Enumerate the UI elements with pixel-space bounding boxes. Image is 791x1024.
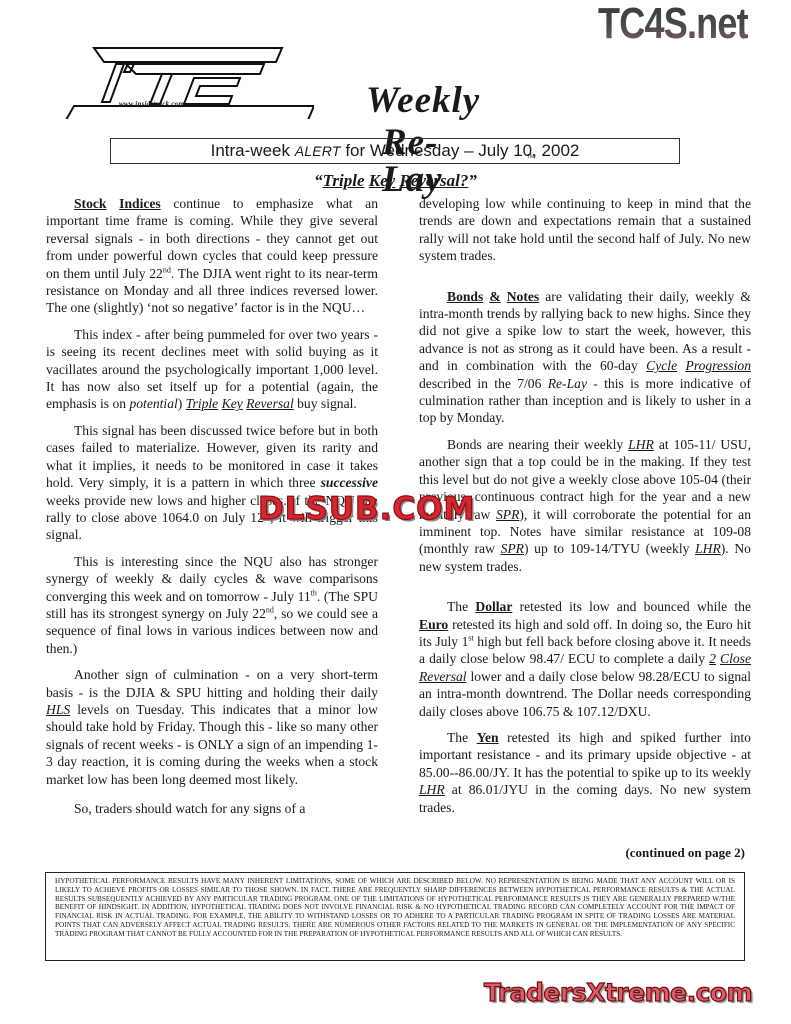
term-link-cycle[interactable]: Cycle [646, 358, 677, 373]
paragraph-synergy: This is interesting since the NQU also h… [46, 553, 378, 657]
watermark-tc4s: TC4S.net [598, 2, 748, 46]
paragraph-dollar-euro: The Dollar retested its low and bounced … [419, 598, 751, 720]
watermark-tradersxtreme: TradersXtreme.com [484, 980, 752, 1005]
text: So, traders should watch for any signs o… [74, 801, 305, 816]
logo-url-text: www.insidetrack.com [119, 100, 184, 108]
section-lead-euro: Euro [419, 617, 448, 632]
continued-on-page-2-link[interactable]: (continued on page 2) [625, 845, 745, 861]
watermark-dlsub: DLSUB.COM [258, 494, 475, 525]
term-link-spr[interactable]: SPR [496, 507, 519, 522]
superscript: nd [163, 265, 171, 274]
spacer [419, 584, 751, 598]
headline-word-reversal: Reversal? [399, 171, 468, 190]
itc-logo-icon [64, 44, 314, 119]
text: buy signal. [294, 396, 357, 411]
text: Bonds are nearing their weekly [447, 437, 628, 452]
paragraph-traders-watch: So, traders should watch for any signs o… [46, 800, 378, 817]
alert-title-box: Intra-week ALERT for Wednesday – July 10… [110, 138, 680, 164]
section-lead-dollar: Dollar [475, 599, 512, 614]
text: lower and a daily close below 98.28/ECU … [419, 669, 751, 719]
text: The [447, 730, 477, 745]
paragraph-yen: The Yen retested its high and spiked fur… [419, 729, 751, 816]
section-lead-notes: Notes [507, 289, 539, 304]
headline-word-key: Key [369, 171, 395, 190]
paragraph-developing-low: developing low while continuing to keep … [419, 195, 751, 265]
section-lead-ampersand: & [489, 289, 500, 304]
term-link-key[interactable]: Key [222, 396, 243, 411]
text: retested its low and bounced while the [512, 599, 751, 614]
paragraph-stock-indices: Stock Indices continue to emphasize what… [46, 195, 378, 317]
insidetrack-logo: www.insidetrack.com Weekly Re-Lay TM [64, 44, 484, 124]
text: at 86.01/JYU in the coming days. No new … [419, 782, 751, 814]
text: developing low while continuing to keep … [419, 196, 751, 263]
italic-relay: Re-Lay [548, 376, 587, 391]
section-lead-bonds: Bonds [447, 289, 483, 304]
term-link-lhr[interactable]: LHR [628, 437, 654, 452]
text: ) [178, 396, 186, 411]
text: Another sign of culmination - on a very … [46, 667, 378, 699]
emphasis-successive: successive [321, 475, 378, 490]
paragraph-nqu-index: This index - after being pummeled for ov… [46, 326, 378, 413]
term-link-close[interactable]: Close [720, 651, 751, 666]
section-lead-stock: Stock [74, 196, 106, 211]
brand-weekly: Weekly [366, 82, 480, 119]
title-suffix: for Wednesday – July 10, 2002 [341, 141, 580, 160]
headline-open-quote: “ [314, 171, 323, 190]
headline-word-triple: Triple [323, 171, 365, 190]
title-alert: ALERT [295, 143, 341, 159]
term-link-triple[interactable]: Triple [186, 396, 218, 411]
section-lead-yen: Yen [477, 730, 499, 745]
term-link-2[interactable]: 2 [709, 651, 716, 666]
term-link-reversal[interactable]: Reversal [419, 669, 467, 684]
italic-text: potential [129, 396, 177, 411]
term-link-lhr[interactable]: LHR [419, 782, 445, 797]
paragraph-culmination: Another sign of culmination - on a very … [46, 666, 378, 788]
article-headline: “Triple Key Reversal?” [0, 171, 791, 191]
section-lead-indices: Indices [119, 196, 161, 211]
hypothetical-performance-disclaimer: HYPOTHETICAL PERFORMANCE RESULTS HAVE MA… [45, 872, 745, 961]
headline-close-quote: ” [468, 171, 477, 190]
term-link-reversal[interactable]: Reversal [246, 396, 294, 411]
term-link-progression[interactable]: Progression [686, 358, 751, 373]
spacer [419, 274, 751, 288]
text: The [447, 599, 475, 614]
superscript: nd [266, 605, 274, 614]
term-link-hls[interactable]: HLS [46, 702, 70, 717]
paragraph-bonds-notes: Bonds & Notes are validating their daily… [419, 288, 751, 427]
text: ) up to 109-14/TYU (weekly [524, 541, 695, 556]
term-link-lhr[interactable]: LHR [695, 541, 721, 556]
term-link-spr[interactable]: SPR [501, 541, 524, 556]
text: described in the 7/06 [419, 376, 548, 391]
title-prefix: Intra-week [211, 141, 295, 160]
text: levels on Tuesday. This indicates that a… [46, 702, 378, 787]
